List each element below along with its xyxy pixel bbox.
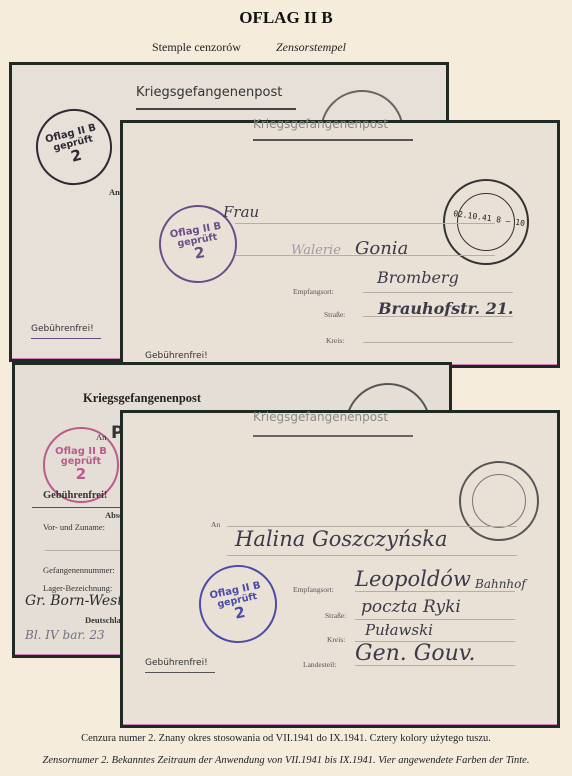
handwriting-block: Bl. IV bar. 23 [25,628,105,642]
header-underline [136,108,296,110]
label-prisoner-number: Gefangenennummer: [43,565,115,575]
handwriting-camp: Gr. Born-Westf. [25,593,132,609]
label-kreis: Kreis: [327,635,345,644]
label-strasse: Straße: [324,310,345,319]
page-title: OFLAG II B [0,8,572,28]
handwriting-recipient: Halina Goszczyńska [235,527,447,551]
header-underline [253,435,413,437]
postcard-4: Kriegsgefangenenpost An Halina Goszczyńs… [120,410,560,728]
postcard-2: Kriegsgefangenenpost Oflag II B geprüft … [120,120,560,368]
postmark [459,461,539,541]
label-camp: Lager-Bezeichnung: [43,583,112,593]
postmark: 02.10.41 8 – 10 [443,179,529,265]
caption-polish: Cenzura numer 2. Znany okres stosowania … [0,733,572,744]
footer-gebuehrenfrei: Gebührenfrei! [145,658,208,668]
label-kreis: Kreis: [326,336,344,345]
label-empfangsort: Empfangsort: [293,585,334,594]
postcard-3-header: Kriegsgefangenenpost [83,391,201,406]
caption-german: Zensornumer 2. Bekanntes Zeitraum der An… [0,755,572,766]
subtitle-german: Zensorstempel [276,40,346,55]
label-an: An [211,520,220,529]
censor-stamp-4: Oflag II B geprüft 2 [192,558,285,651]
handwriting-city: Leopoldów [355,567,471,591]
handwriting-city: Bromberg [377,268,459,287]
handwriting-city-note: Bahnhof [475,577,526,591]
footer-gebuehrenfrei: Gebührenfrei! [43,490,107,501]
handwriting-district: Puławski [365,621,433,639]
label-name: Vor- und Zuname: [43,522,105,532]
label-an: An [109,187,120,197]
footer-gebuehrenfrei: Gebührenfrei! [145,351,208,361]
label-landesteil: Landesteil: [303,660,336,669]
header-underline [253,139,413,141]
footer-gebuehrenfrei: Gebührenfrei! [31,324,94,334]
handwriting-frau: Frau [223,203,259,221]
censor-stamp-1: Oflag II B geprüft 2 [28,101,120,193]
postcard-2-header: Kriegsgefangenenpost [253,117,388,131]
label-empfangsort: Empfangsort: [293,287,334,296]
handwriting-region: Gen. Gouv. [355,641,476,666]
label-strasse: Straße: [325,611,346,620]
handwriting-post-office: poczta Ryki [361,597,461,617]
postcard-4-header: Kriegsgefangenenpost [253,410,388,424]
label-an: An [96,432,106,442]
postcard-1-header: Kriegsgefangenenpost [136,85,282,100]
subtitle-polish: Stemple cenzorów [152,40,241,55]
